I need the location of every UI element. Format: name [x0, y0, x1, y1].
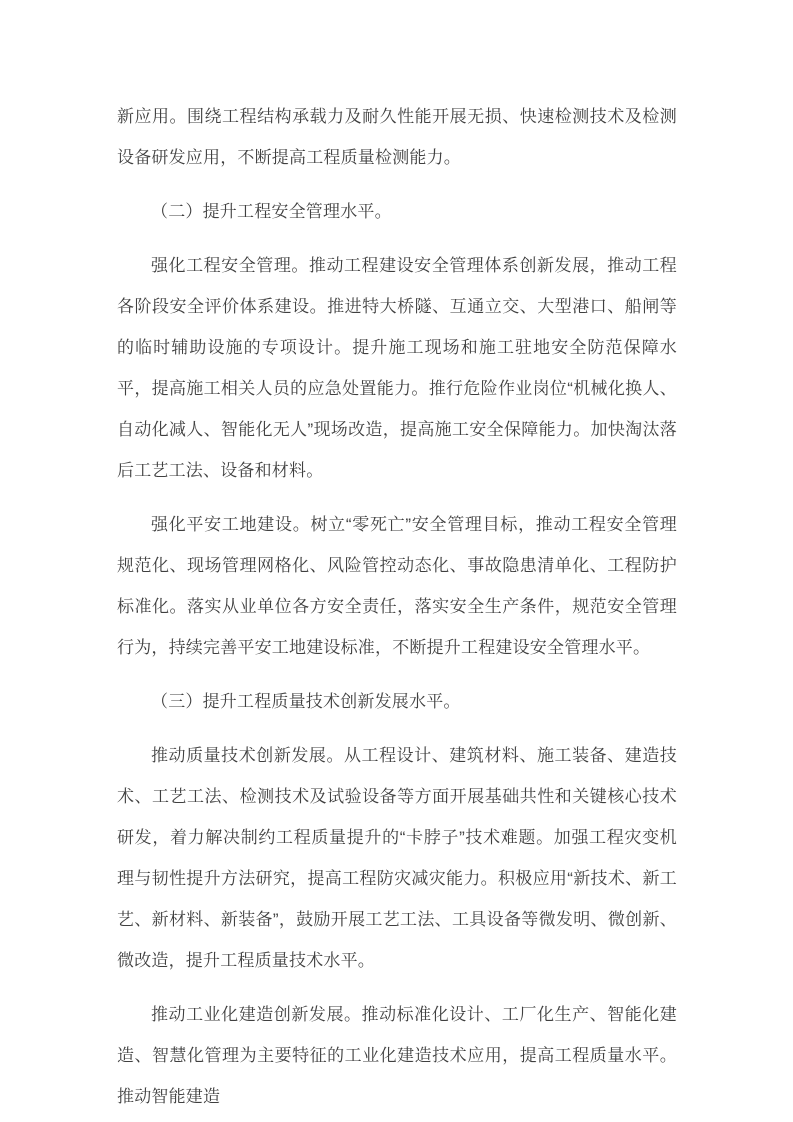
paragraph-safety-management: 强化工程安全管理。推动工程建设安全管理体系创新发展，推动工程各阶段安全评价体系建…	[117, 245, 677, 491]
paragraph-continuation: 新应用。围绕工程结构承载力及耐久性能开展无损、快速检测技术及检测设备研发应用，不…	[117, 96, 677, 178]
paragraph-quality-tech-innovation: 推动质量技术创新发展。从工程设计、建筑材料、施工装备、建造技术、工艺工法、检测技…	[117, 735, 677, 981]
section-heading-3: （三）提升工程质量技术创新发展水平。	[117, 681, 677, 722]
section-heading-2: （二）提升工程安全管理水平。	[117, 191, 677, 232]
document-page: 新应用。围绕工程结构承载力及耐久性能开展无损、快速检测技术及检测设备研发应用，不…	[0, 0, 793, 1122]
paragraph-industrialized-construction: 推动工业化建造创新发展。推动标准化设计、工厂化生产、智能化建造、智慧化管理为主要…	[117, 994, 677, 1117]
paragraph-safe-worksite: 强化平安工地建设。树立“零死亡”安全管理目标，推动工程安全管理规范化、现场管理网…	[117, 504, 677, 668]
document-text-block: 新应用。围绕工程结构承载力及耐久性能开展无损、快速检测技术及检测设备研发应用，不…	[117, 96, 677, 1122]
